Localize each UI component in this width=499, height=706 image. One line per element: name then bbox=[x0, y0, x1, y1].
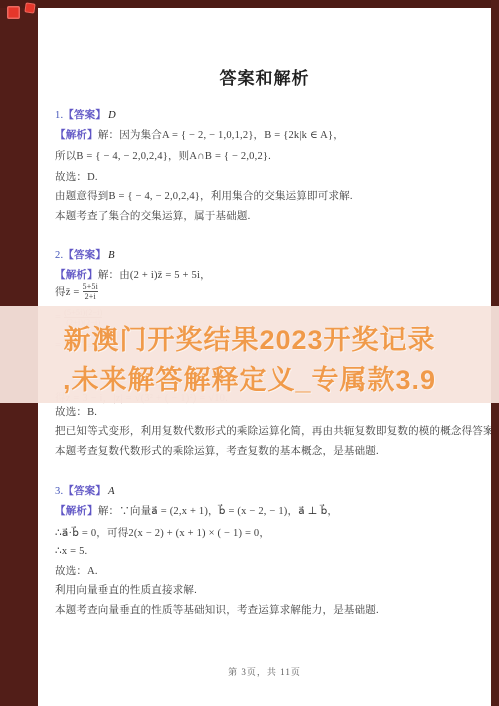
solution-line: 【解析】解：∵向量a⃗ = (2,x + 1)，b⃗ = (x − 2, − 1… bbox=[55, 503, 485, 518]
answer-letter: A bbox=[106, 486, 115, 497]
solution-line: 故选：A. bbox=[55, 563, 485, 578]
solution-line: ∴x = 5. bbox=[55, 545, 485, 557]
solution-line: 故选：B. bbox=[55, 404, 485, 419]
solution-line: 把已知等式变形，利用复数代数形式的乘除运算化简，再由共轭复数即复数的模的概念得答… bbox=[55, 423, 485, 438]
answer-tag: 【答案】 bbox=[63, 110, 106, 121]
solution-line: 本题考查复数代数形式的乘除运算，考查复数的基本概念，是基础题. bbox=[55, 443, 485, 458]
analysis-tag: 【解析】 bbox=[55, 506, 98, 517]
watermark-band: 新澳门开奖结果2023开奖记录 ,未来解答解释定义_专属款3.9 bbox=[0, 306, 499, 403]
solution-line: ∴a⃗·b⃗ = 0，可得2(x − 2) + (x + 1) × ( − 1)… bbox=[55, 525, 485, 540]
solution-line: 由题意得到B = { − 4, − 2,0,2,4}，利用集合的交集运算即可求解… bbox=[55, 188, 485, 203]
denominator: 2+i bbox=[83, 291, 98, 301]
answer-letter: D bbox=[106, 110, 116, 121]
page-footer: 第 3页，共 11页 bbox=[38, 665, 491, 678]
solution-line: 【解析】解：因为集合A = { − 2, − 1,0,1,2}，B = {2k|… bbox=[55, 127, 485, 142]
analysis-tag: 【解析】 bbox=[55, 270, 98, 281]
analysis-tag: 【解析】 bbox=[55, 130, 98, 141]
answer-tag: 【答案】 bbox=[63, 486, 106, 497]
watermark-text-line2: ,未来解答解释定义_专属款3.9 bbox=[0, 358, 499, 397]
fraction: 5+5i 2+i bbox=[83, 282, 99, 301]
solution-text: 解：∵向量a⃗ = (2,x + 1)，b⃗ = (x − 2, − 1)，a⃗… bbox=[98, 506, 338, 517]
answer-line: 3.【答案】A bbox=[55, 483, 485, 498]
answer-line: 2.【答案】B bbox=[55, 247, 485, 262]
solution-text: 解：由(2 + i)z̄ = 5 + 5i， bbox=[98, 270, 211, 281]
solution-line: 本题考查向量垂直的性质等基础知识，考查运算求解能力，是基础题. bbox=[55, 602, 485, 617]
answer-tag: 【答案】 bbox=[63, 250, 106, 261]
page-title: 答案和解析 bbox=[38, 64, 491, 89]
solution-line: 所以B = { − 4, − 2,0,2,4}，则A∩B = { − 2,0,2… bbox=[55, 148, 485, 163]
red-seal-icon bbox=[7, 6, 20, 19]
top-maroon-border bbox=[0, 0, 499, 8]
fraction-line: 得z̄ = 5+5i 2+i bbox=[55, 282, 485, 301]
fraction-lead: 得z̄ = bbox=[55, 284, 80, 299]
solution-line: 【解析】解：由(2 + i)z̄ = 5 + 5i， bbox=[55, 267, 485, 282]
numerator: 5+5i bbox=[83, 282, 99, 291]
answer-line: 1.【答案】D bbox=[55, 107, 485, 122]
answer-letter: B bbox=[106, 250, 115, 261]
watermark-text-line1: 新澳门开奖结果2023开奖记录 bbox=[0, 318, 499, 357]
solution-line: 利用向量垂直的性质直接求解. bbox=[55, 582, 485, 597]
red-seal-icon bbox=[24, 2, 35, 13]
solution-text: 解：因为集合A = { − 2, − 1,0,1,2}，B = {2k|k ∈ … bbox=[98, 130, 344, 141]
solution-line: 本题考查了集合的交集运算，属于基础题. bbox=[55, 208, 485, 223]
solution-line: 故选：D. bbox=[55, 169, 485, 184]
